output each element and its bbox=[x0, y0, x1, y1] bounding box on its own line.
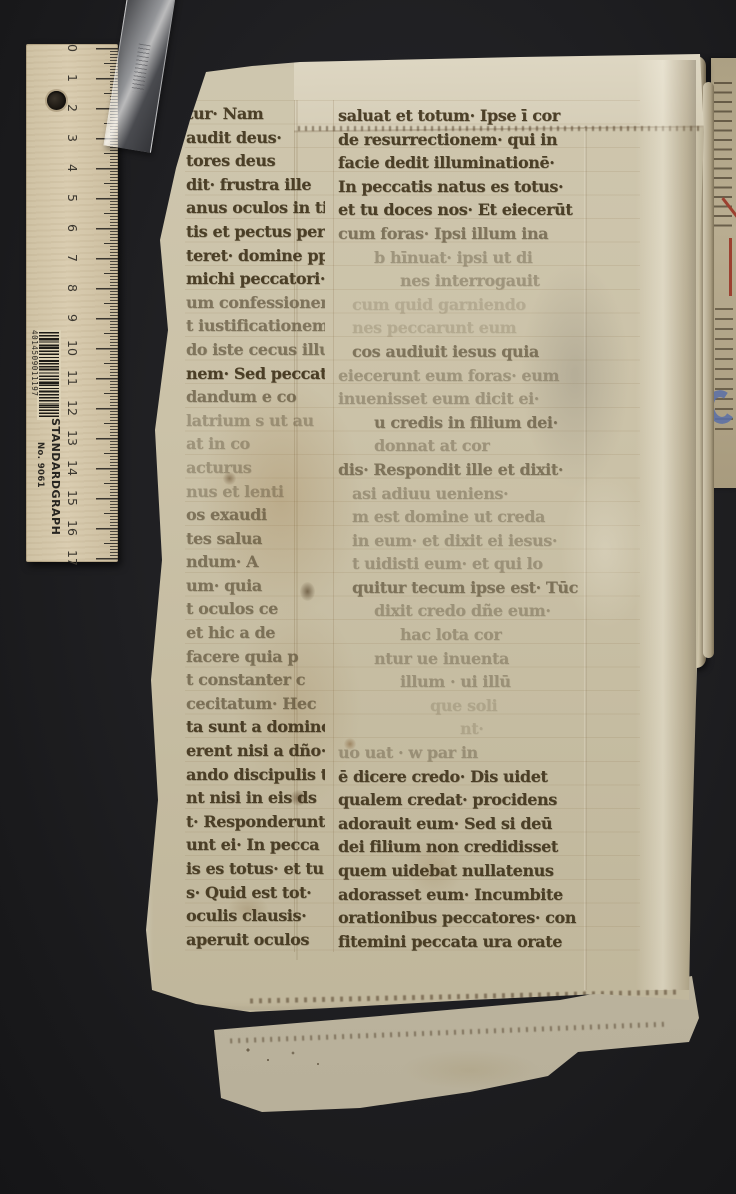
manuscript-text-line: oculis clausis· bbox=[186, 904, 325, 928]
ruler-number: 15 bbox=[58, 487, 88, 509]
manuscript-text-line: ta sunt a domino· bbox=[186, 715, 325, 739]
manuscript-text-line: de resurrectionem· qui in bbox=[338, 128, 638, 152]
manuscript-text-line: facere quia p bbox=[186, 645, 325, 669]
manuscript-text-line: ē dicere credo· Dis uidet bbox=[338, 765, 638, 789]
manuscript-text-line: is es totus· et tu bbox=[186, 857, 325, 881]
manuscript-text-line: b hīnuat· ipsi ut di bbox=[338, 246, 638, 270]
manuscript-text-line: erent nisi a dño· bbox=[186, 739, 325, 763]
manuscript-text-line: ntur ue inuenta bbox=[338, 647, 638, 671]
manuscript-photograph: tur· Namaudit deus·tores deusdit· frustr… bbox=[0, 0, 736, 1194]
manuscript-text-line: et tu doces nos· Et eiecerūt bbox=[338, 198, 638, 222]
ruler-number: 3 bbox=[58, 127, 88, 149]
manuscript-text-line: at in co bbox=[186, 432, 325, 456]
manuscript-text-line: dis· Respondit ille et dixit· bbox=[338, 458, 638, 482]
manuscript-text-line: os exaudi bbox=[186, 503, 325, 527]
manuscript-text-line: dixit credo dñe eum· bbox=[338, 599, 638, 623]
manuscript-text-line: eiecerunt eum foras· eum bbox=[338, 364, 638, 388]
transparent-plastic-strip bbox=[103, 0, 176, 153]
ruler-number: 10 bbox=[58, 337, 88, 359]
barcode-digits: 4014509011197 bbox=[29, 330, 39, 422]
etched-markings bbox=[131, 44, 150, 93]
manuscript-text-line: t constanter c bbox=[186, 668, 325, 692]
ruler-number: 11 bbox=[58, 367, 88, 389]
manuscript-text-line: cecitatum· Hec bbox=[186, 692, 325, 716]
fold-dirt-line bbox=[230, 1022, 670, 1044]
manuscript-text-line: nt nisi in eis ds bbox=[186, 786, 325, 810]
manuscript-text-line: u credis in filium dei· bbox=[338, 411, 638, 435]
text-column-left: tur· Namaudit deus·tores deusdit· frustr… bbox=[186, 102, 325, 956]
manuscript-text-line: cum quid garniendo bbox=[338, 293, 638, 317]
manuscript-text-line: do iste cecus illum bbox=[186, 338, 325, 362]
manuscript-text-line: t iustificationem bbox=[186, 314, 325, 338]
ruler-number: 1 bbox=[58, 67, 88, 89]
manuscript-text-line: acturus bbox=[186, 456, 325, 480]
manuscript-text-line: orationibus peccatores· con bbox=[338, 906, 638, 930]
ruler-number: 9 bbox=[58, 307, 88, 329]
manuscript-text-line: adorauit eum· Sed si deū bbox=[338, 812, 638, 836]
manuscript-text-line: ando discipulis ta bbox=[186, 763, 325, 787]
ruler-number: 4 bbox=[58, 157, 88, 179]
manuscript-text-line: nes peccarunt eum bbox=[338, 316, 638, 340]
manuscript-text-line: adorasset eum· Incumbite bbox=[338, 883, 638, 907]
manuscript-text-line: michi peccatori· et bbox=[186, 267, 325, 291]
manuscript-text-line: nem· Sed peccator bbox=[186, 362, 325, 386]
manuscript-text-line: nus et lenti bbox=[186, 480, 325, 504]
ruler-number: 12 bbox=[58, 397, 88, 419]
wooden-ruler: 01234567891011121314151617 4014509011197… bbox=[26, 44, 118, 562]
manuscript-text-line: quem uidebat nullatenus bbox=[338, 859, 638, 883]
red-rubric-stroke bbox=[729, 238, 732, 296]
ruler-number: 16 bbox=[58, 517, 88, 539]
manuscript-text-line: tes salua bbox=[186, 527, 325, 551]
manuscript-text-line: nes interrogauit bbox=[338, 269, 638, 293]
manuscript-text-line: hac lota cor bbox=[338, 623, 638, 647]
manuscript-text-line: latrium s ut au bbox=[186, 409, 325, 433]
text-column-right: saluat et totum· Ipse ī corde resurrecti… bbox=[338, 104, 638, 956]
manuscript-text-line: teret· domine ppici bbox=[186, 244, 325, 268]
ruler-scale-numbers: 01234567891011121314151617 bbox=[62, 33, 84, 573]
ruler-number: 0 bbox=[58, 37, 88, 59]
manuscript-text-line: uo uat · w par in bbox=[338, 741, 638, 765]
manuscript-text-line: t· Responderunt bbox=[186, 810, 325, 834]
ruler-number: 6 bbox=[58, 217, 88, 239]
manuscript-text-line: t oculos ce bbox=[186, 597, 325, 621]
ruler-number: 5 bbox=[58, 187, 88, 209]
manuscript-text-line: m est domine ut creda bbox=[338, 505, 638, 529]
ruler-number: 14 bbox=[58, 457, 88, 479]
underlying-leaf-fragment bbox=[711, 58, 736, 488]
manuscript-text-line: dit· frustra ille bbox=[186, 173, 325, 197]
manuscript-text-line: fitemini peccata ura orate bbox=[338, 930, 638, 954]
manuscript-text-line: unt ei· In pecca bbox=[186, 833, 325, 857]
manuscript-text-line: nt· bbox=[338, 717, 638, 741]
manuscript-text-line: audit deus· bbox=[186, 126, 325, 150]
manuscript-text-line: donnat at cor bbox=[338, 434, 638, 458]
manuscript-text-line: cos audiuit iesus quia bbox=[338, 340, 638, 364]
ruler-number: 13 bbox=[58, 427, 88, 449]
manuscript-text-line: inuenisset eum dicit ei· bbox=[338, 387, 638, 411]
ruler-number: 2 bbox=[58, 97, 88, 119]
manuscript-text-line: quitur tecum ipse est· Tūc bbox=[338, 576, 638, 600]
manuscript-text-line: um· quia bbox=[186, 574, 325, 598]
manuscript-text-line: In peccatis natus es totus· bbox=[338, 175, 638, 199]
manuscript-text-line: in eum· et dixit ei iesus· bbox=[338, 529, 638, 553]
manuscript-text-line: qualem credat· procidens bbox=[338, 788, 638, 812]
dirt-speckles bbox=[238, 1044, 358, 1074]
barcode bbox=[39, 332, 59, 418]
ruler-number: 8 bbox=[58, 277, 88, 299]
manuscript-text-line: saluat et totum· Ipse ī cor bbox=[338, 104, 638, 128]
manuscript-text-line: asi adiuu ueniens· bbox=[338, 482, 638, 506]
manuscript-text-line: anus oculos in tia bbox=[186, 196, 325, 220]
manuscript-text-line: dei filium non credidisset bbox=[338, 835, 638, 859]
ruler-number: 7 bbox=[58, 247, 88, 269]
ruler-number: 17 bbox=[58, 547, 88, 569]
manuscript-text-line: tores deus bbox=[186, 149, 325, 173]
ruler-brand-label: STANDARDGRAPH bbox=[49, 418, 62, 544]
manuscript-text-line: aperuit oculos bbox=[186, 928, 325, 952]
manuscript-text-line: dandum e co bbox=[186, 385, 325, 409]
manuscript-text-line: tis et pectus percu bbox=[186, 220, 325, 244]
manuscript-text-line: illum · ui illū bbox=[338, 670, 638, 694]
manuscript-text-line: et hic a de bbox=[186, 621, 325, 645]
manuscript-text-line: t uidisti eum· et qui lo bbox=[338, 552, 638, 576]
manuscript-text-line: cum foras· Ipsi illum ina bbox=[338, 222, 638, 246]
manuscript-text-line: s· Quid est tot· bbox=[186, 881, 325, 905]
manuscript-text-line: tur· Nam bbox=[186, 102, 325, 126]
ruler-model-label: No. 9061 bbox=[35, 442, 45, 522]
manuscript-text-line: facie dedit illuminationē· bbox=[338, 151, 638, 175]
manuscript-text-line: ndum· A bbox=[186, 550, 325, 574]
manuscript-text-line: um confessionem bbox=[186, 291, 325, 315]
rolled-page-edge-inner bbox=[703, 82, 714, 658]
manuscript-text-line: que soli bbox=[338, 694, 638, 718]
parchment-stain bbox=[400, 1050, 540, 1090]
